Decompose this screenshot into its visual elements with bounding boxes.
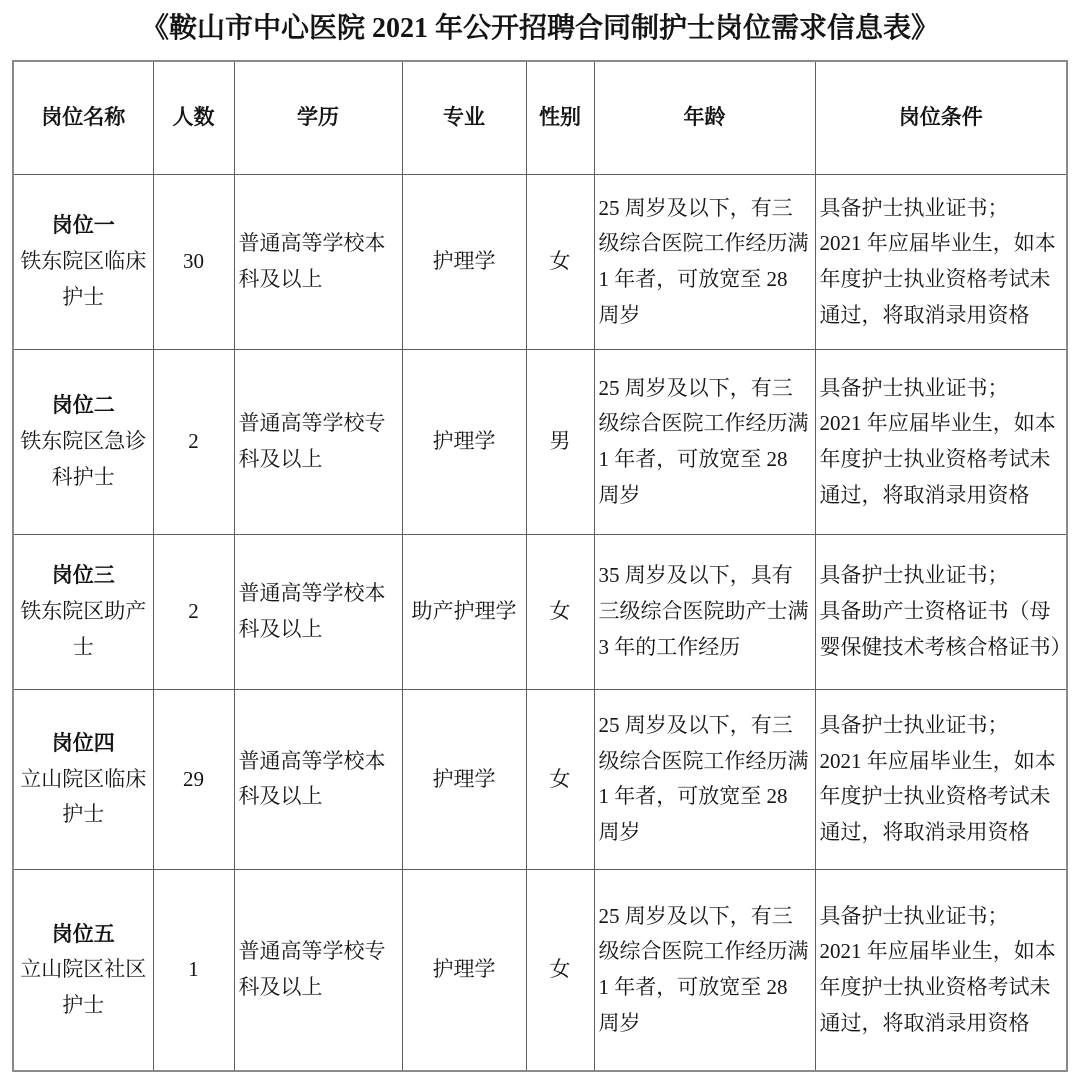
gender-cell: 女: [526, 869, 594, 1071]
count-cell: 1: [153, 869, 234, 1071]
table-row: 岗位四 立山院区临床护士 29 普通高等学校本科及以上 护理学 女 25 周岁及…: [13, 689, 1067, 869]
header-gender: 性别: [526, 61, 594, 174]
table-row: 岗位一 铁东院区临床护士 30 普通高等学校本科及以上 护理学 女 25 周岁及…: [13, 174, 1067, 349]
position-subtitle: 铁东院区急诊科护士: [18, 424, 149, 495]
major-cell: 助产护理学: [402, 534, 526, 689]
position-title: 岗位一: [18, 208, 149, 244]
condition-line: 具备护士执业证书；: [820, 558, 1063, 594]
header-education: 学历: [234, 61, 402, 174]
position-name-cell: 岗位三 铁东院区助产士: [13, 534, 153, 689]
age-cell: 25 周岁及以下，有三级综合医院工作经历满 1 年者，可放宽至 28 周岁: [594, 869, 815, 1071]
gender-cell: 女: [526, 689, 594, 869]
position-subtitle: 立山院区临床护士: [18, 762, 149, 833]
gender-cell: 女: [526, 174, 594, 349]
position-subtitle: 铁东院区临床护士: [18, 244, 149, 315]
condition-line: 2021 年应届毕业生，如本年度护士执业资格考试未通过，将取消录用资格: [820, 934, 1063, 1041]
major-cell: 护理学: [402, 349, 526, 534]
education-cell: 普通高等学校本科及以上: [234, 174, 402, 349]
position-name-cell: 岗位一 铁东院区临床护士: [13, 174, 153, 349]
major-cell: 护理学: [402, 869, 526, 1071]
major-cell: 护理学: [402, 174, 526, 349]
age-cell: 35 周岁及以下，具有三级综合医院助产士满 3 年的工作经历: [594, 534, 815, 689]
education-cell: 普通高等学校本科及以上: [234, 689, 402, 869]
age-cell: 25 周岁及以下，有三级综合医院工作经历满 1 年者，可放宽至 28 周岁: [594, 689, 815, 869]
count-cell: 30: [153, 174, 234, 349]
condition-line: 具备护士执业证书；: [820, 371, 1063, 407]
age-cell: 25 周岁及以下，有三级综合医院工作经历满 1 年者，可放宽至 28 周岁: [594, 349, 815, 534]
table-row: 岗位五 立山院区社区护士 1 普通高等学校专科及以上 护理学 女 25 周岁及以…: [13, 869, 1067, 1071]
count-cell: 2: [153, 534, 234, 689]
header-count: 人数: [153, 61, 234, 174]
table-header-row: 岗位名称 人数 学历 专业 性别 年龄 岗位条件: [13, 61, 1067, 174]
condition-line: 具备护士执业证书；: [820, 899, 1063, 935]
header-position-name: 岗位名称: [13, 61, 153, 174]
position-title: 岗位五: [18, 917, 149, 953]
position-subtitle: 铁东院区助产士: [18, 594, 149, 665]
gender-cell: 女: [526, 534, 594, 689]
header-major: 专业: [402, 61, 526, 174]
table-row: 岗位二 铁东院区急诊科护士 2 普通高等学校专科及以上 护理学 男 25 周岁及…: [13, 349, 1067, 534]
table-row: 岗位三 铁东院区助产士 2 普通高等学校本科及以上 助产护理学 女 35 周岁及…: [13, 534, 1067, 689]
recruitment-table: 岗位名称 人数 学历 专业 性别 年龄 岗位条件 岗位一 铁东院区临床护士 30…: [12, 60, 1068, 1072]
age-cell: 25 周岁及以下，有三级综合医院工作经历满 1 年者，可放宽至 28 周岁: [594, 174, 815, 349]
education-cell: 普通高等学校专科及以上: [234, 349, 402, 534]
major-cell: 护理学: [402, 689, 526, 869]
conditions-cell: 具备护士执业证书； 2021 年应届毕业生，如本年度护士执业资格考试未通过，将取…: [815, 869, 1067, 1071]
conditions-cell: 具备护士执业证书； 具备助产士资格证书（母婴保健技术考核合格证书）: [815, 534, 1067, 689]
conditions-cell: 具备护士执业证书； 2021 年应届毕业生，如本年度护士执业资格考试未通过，将取…: [815, 689, 1067, 869]
condition-line: 2021 年应届毕业生，如本年度护士执业资格考试未通过，将取消录用资格: [820, 406, 1063, 513]
conditions-cell: 具备护士执业证书； 2021 年应届毕业生，如本年度护士执业资格考试未通过，将取…: [815, 174, 1067, 349]
position-name-cell: 岗位二 铁东院区急诊科护士: [13, 349, 153, 534]
gender-cell: 男: [526, 349, 594, 534]
position-subtitle: 立山院区社区护士: [18, 952, 149, 1023]
position-name-cell: 岗位四 立山院区临床护士: [13, 689, 153, 869]
page-title: 《鞍山市中心医院 2021 年公开招聘合同制护士岗位需求信息表》: [0, 11, 1080, 47]
header-age: 年龄: [594, 61, 815, 174]
position-title: 岗位二: [18, 388, 149, 424]
condition-line: 2021 年应届毕业生，如本年度护士执业资格考试未通过，将取消录用资格: [820, 226, 1063, 333]
header-conditions: 岗位条件: [815, 61, 1067, 174]
condition-line: 具备护士执业证书；: [820, 191, 1063, 227]
education-cell: 普通高等学校本科及以上: [234, 534, 402, 689]
count-cell: 2: [153, 349, 234, 534]
conditions-cell: 具备护士执业证书； 2021 年应届毕业生，如本年度护士执业资格考试未通过，将取…: [815, 349, 1067, 534]
condition-line: 具备助产士资格证书（母婴保健技术考核合格证书）: [820, 594, 1063, 665]
count-cell: 29: [153, 689, 234, 869]
condition-line: 2021 年应届毕业生，如本年度护士执业资格考试未通过，将取消录用资格: [820, 744, 1063, 851]
position-title: 岗位三: [18, 558, 149, 594]
position-name-cell: 岗位五 立山院区社区护士: [13, 869, 153, 1071]
position-title: 岗位四: [18, 726, 149, 762]
condition-line: 具备护士执业证书；: [820, 708, 1063, 744]
education-cell: 普通高等学校专科及以上: [234, 869, 402, 1071]
